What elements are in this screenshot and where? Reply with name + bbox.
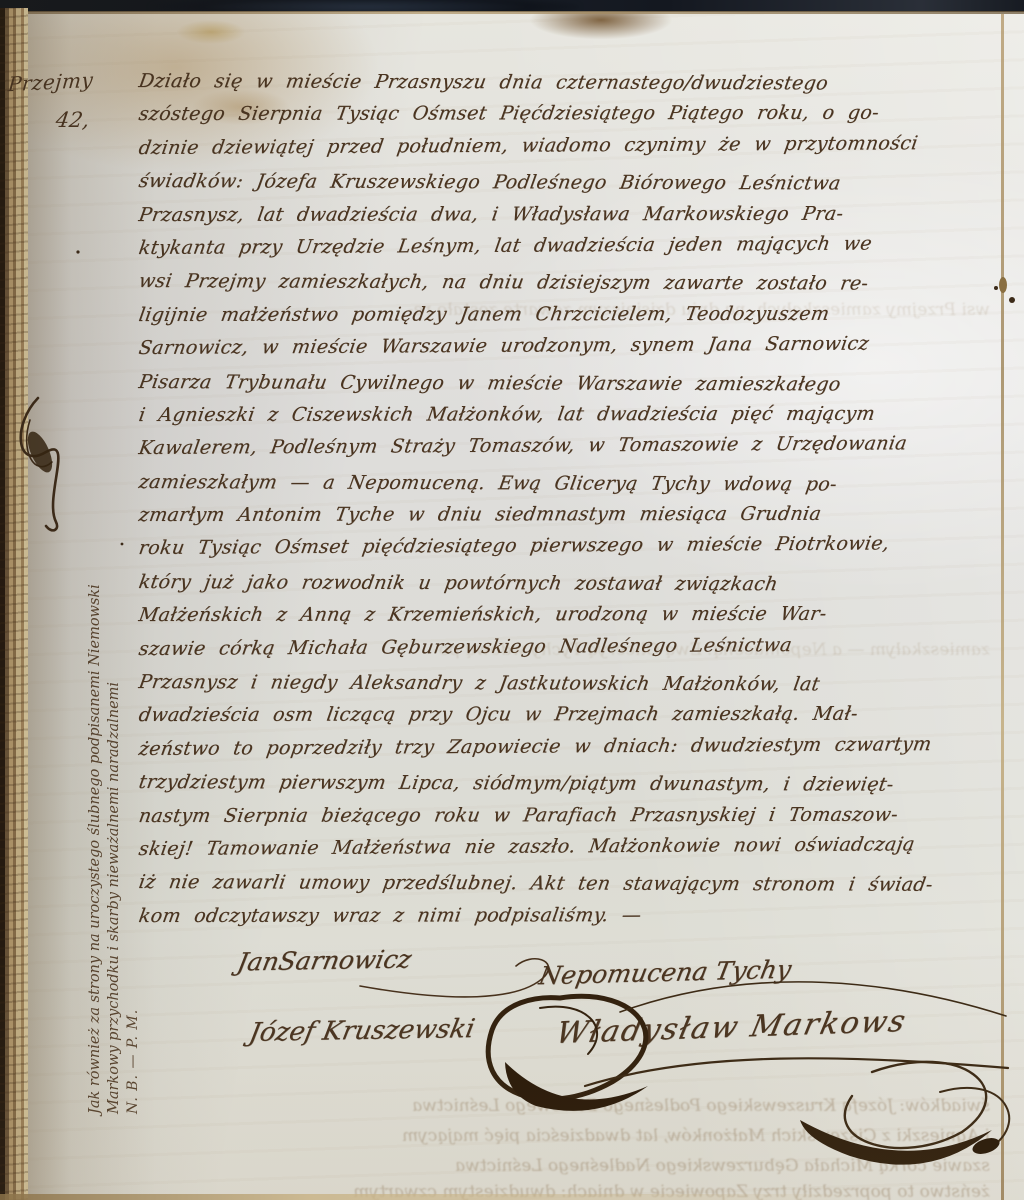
- manuscript-line: skiej! Tamowanie Małżeństwa nie zaszło. …: [135, 833, 1009, 872]
- bleed-through-line: i Agnieszki z Ciszewskich Małżonków, lat…: [39, 1126, 991, 1146]
- registry-book-scan: Przejmy 42, Jak również za strony na uro…: [0, 0, 1024, 1200]
- manuscript-line: Pisarza Trybunału Cywilnego w mieście Wa…: [135, 371, 1008, 407]
- signature-jozef-kruszewski: Józef Kruszewski: [247, 1014, 477, 1048]
- manuscript-line: trzydziestym pierwszym Lipca, siódmym/pi…: [135, 771, 1008, 807]
- manuscript-line: dzinie dziewiątej przed południem, wiado…: [135, 131, 1009, 170]
- margin-vertical-note: Jak również za strony na uroczystego ślu…: [86, 332, 143, 1114]
- manuscript-line: roku Tysiąc Ośmset pięćdziesiątego pierw…: [135, 532, 1009, 571]
- bleed-through-line: zamieszkałym — a Nepomuceną. Ewą Glicery…: [39, 640, 991, 660]
- bleed-through-line: szawie córką Michała Gęburzewskiego Nadl…: [39, 1156, 991, 1176]
- page-bottom-edge: [0, 1194, 1024, 1200]
- manuscript-line: kom odczytawszy wraz z nimi podpisaliśmy…: [135, 903, 1008, 938]
- manuscript-line: świadków: Józefa Kruszewskiego Podleśneg…: [135, 170, 1008, 206]
- book-gutter-page-edges: [0, 8, 28, 1200]
- manuscript-line: zamieszkałym — a Nepomuceną. Ewą Glicery…: [135, 471, 1008, 507]
- bleed-through-line: świadków: Józefa Kruszewskiego Podleśneg…: [39, 1096, 991, 1116]
- manuscript-line: ktykanta przy Urzędzie Leśnym, lat dwadz…: [135, 232, 1009, 271]
- signature-jan-sarnowicz: JanSarnowicz: [235, 944, 414, 976]
- margin-note-line: Jak również za strony na uroczystego ślu…: [86, 332, 105, 1114]
- manuscript-line: Małżeńskich z Anną z Krzemieńskich, urod…: [135, 603, 1008, 638]
- margin-place-label: Przejmy: [7, 68, 94, 97]
- manuscript-line: żeństwo to poprzedziły trzy Zapowiecie w…: [135, 733, 1009, 772]
- act-body-text: Działo się w mieście Przasnyszu dnia czt…: [138, 70, 1006, 938]
- margin-act-number: 42,: [54, 108, 91, 132]
- manuscript-line: Sarnowicz, w mieście Warszawie urodzonym…: [135, 332, 1009, 371]
- manuscript-line: Kawalerem, Podleśnym Straży Tomaszów, w …: [135, 432, 1009, 471]
- margin-note-line: Markowy przychodku i skarby nieważalnemi…: [105, 332, 124, 1114]
- manuscript-line: iż nie zawarli umowy przedślubnej. Akt t…: [135, 871, 1008, 907]
- bleed-through-line: wsi Przejmy zamieszkałych, na dniu dzisi…: [39, 300, 991, 320]
